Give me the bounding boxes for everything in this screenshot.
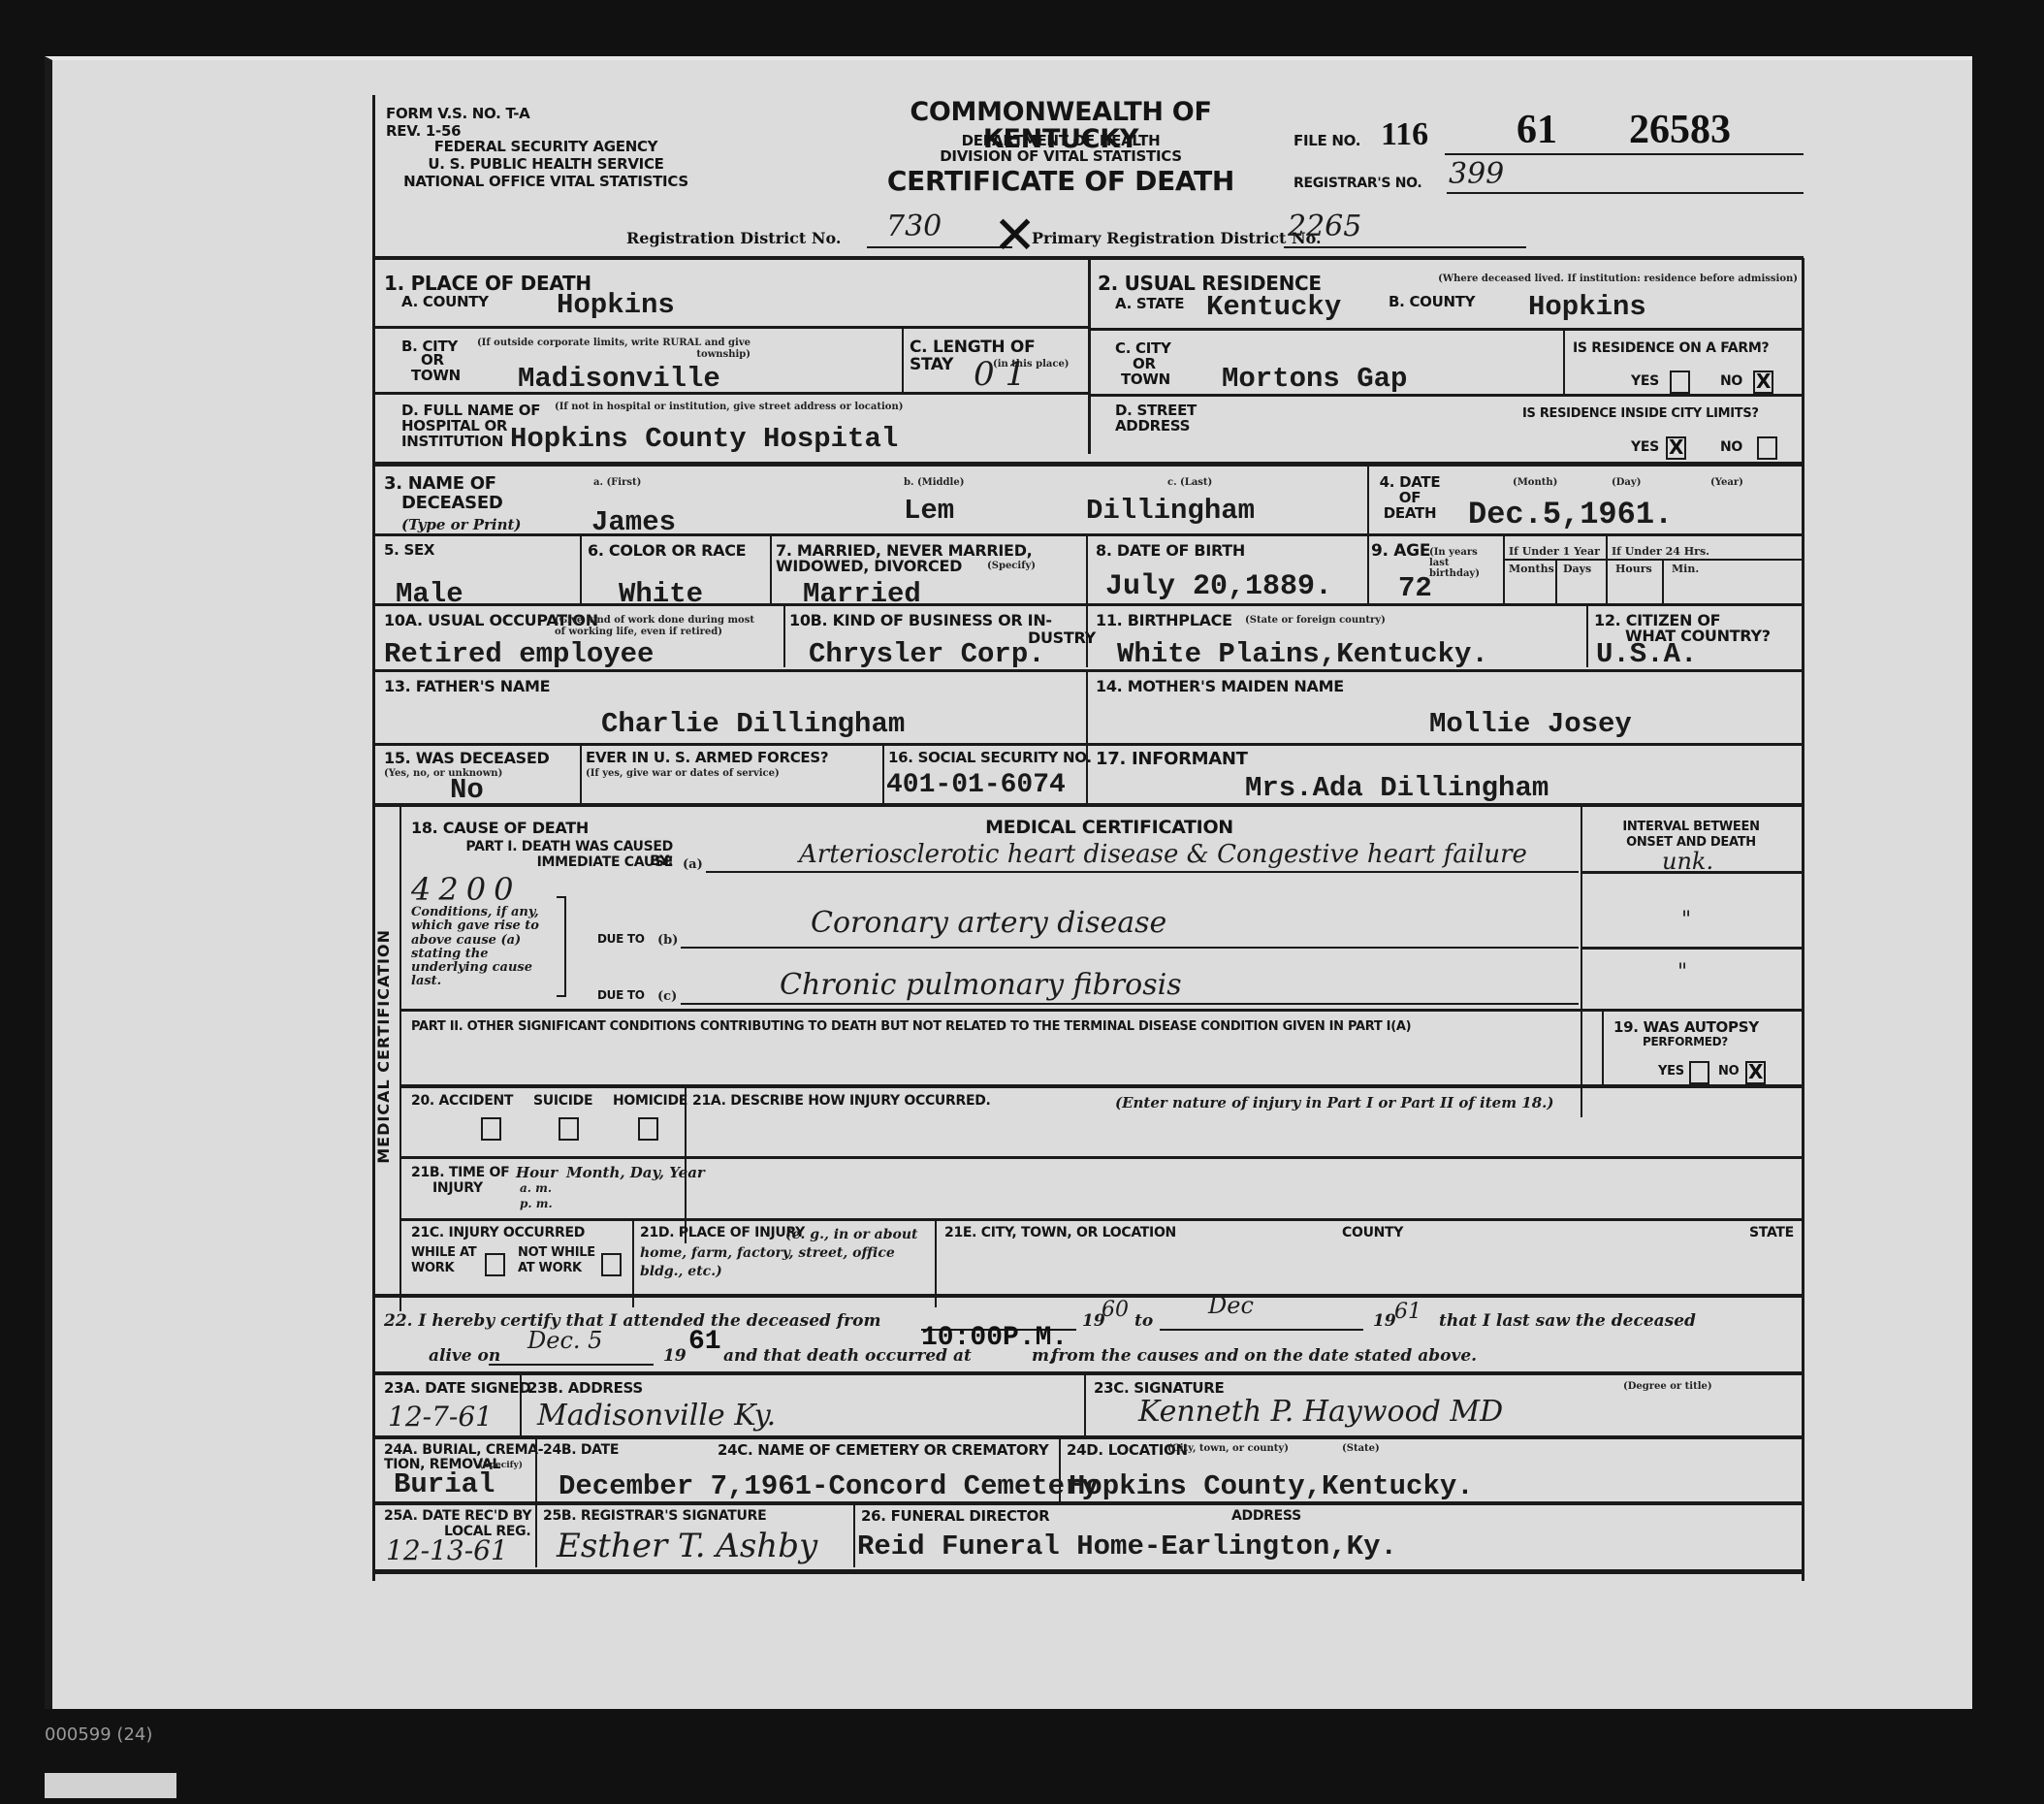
section-divider [372,1501,1804,1505]
cause-a-letter: (a) [683,857,703,872]
medical-certification-title: MEDICAL CERTIFICATION [915,819,1303,838]
row-divider [399,1156,1804,1159]
injury-city-label: 21e. CITY, TOWN, OR LOCATION [944,1226,1176,1240]
occupation-value: Retired employee [384,638,654,670]
col-divider [1084,1375,1086,1435]
autopsy-yes-label: YES [1658,1065,1684,1079]
section-divider [372,462,1804,467]
city-limits-no-checkbox[interactable] [1757,436,1777,460]
cause-a-value: Arteriosclerotic heart disease & Congest… [799,840,1527,869]
address-label: 23b. ADDRESS [527,1381,643,1397]
section-divider [372,1371,1804,1375]
autopsy-no-label: NO [1718,1065,1739,1079]
row-divider [372,326,1088,329]
scan-frame-id: 000599 (24) [45,1724,152,1745]
pod-stay-label-2: STAY [910,357,953,374]
city-limits-question: IS RESIDENCE INSIDE CITY LIMITS? [1522,407,1759,421]
injury-how-label: 21a. DESCRIBE HOW INJURY OCCURRED. [692,1094,991,1109]
registrar-no-underline [1447,192,1804,194]
col-divider [1602,1011,1604,1084]
row-divider [399,1009,1804,1012]
death-certificate-form: FORM V.S. NO. T-A REV. 1-56 FEDERAL SECU… [372,95,1804,1581]
row-divider [372,603,1804,606]
form-border-left [372,95,375,1581]
agency-line-3: NATIONAL OFFICE VITAL STATISTICS [386,175,706,190]
burial-date-label: 24b. DATE [543,1443,619,1458]
res-state-label: a. STATE [1115,297,1184,312]
col-divider [1086,535,1088,603]
reg-district-value: 730 [886,209,942,243]
cert-to-label: to [1134,1311,1153,1331]
veteran-value: No [450,774,484,806]
col-divider [1563,330,1565,394]
document-title: CERTIFICATE OF DEATH [877,167,1245,195]
division-name: DIVISION OF VITAL STATISTICS [877,149,1245,165]
date-signed-value: 12-7-61 [388,1401,493,1433]
injury-state-label: STATE [1749,1226,1794,1240]
name-label-hint: (Type or Print) [401,516,522,533]
col-divider [1606,535,1608,603]
pod-city-value: Madisonville [518,363,720,395]
file-no-prefix: 116 [1381,116,1428,153]
file-no-year: 61 [1517,107,1557,153]
col-divider [1555,559,1557,603]
not-while-at-work-checkbox[interactable] [601,1253,622,1276]
injury-time-label-2: INJURY [432,1181,483,1196]
occupation-hint: (Give kind of work done during most of w… [555,615,758,637]
cert-to-value: Dec [1208,1292,1254,1319]
col-divider [1586,605,1588,667]
col-divider [535,1439,537,1501]
dod-label-death: DEATH [1371,506,1449,522]
cause-b-value: Coronary artery disease [811,906,1166,940]
pod-hospital-label-3: INSTITUTION [401,435,503,450]
autopsy-yes-checkbox[interactable] [1689,1061,1709,1084]
reg-district-underline [867,246,1012,248]
col-divider [1662,559,1664,603]
cemetery-label: 24c. NAME OF CEMETERY OR CREMATORY [718,1443,1048,1459]
birthplace-value: White Plains,Kentucky. [1117,638,1488,670]
cause-c-value: Chronic pulmonary fibrosis [780,968,1182,1002]
homicide-label: HOMICIDE [613,1094,687,1109]
age-label: 9. AGE [1371,543,1430,561]
suicide-label: SUICIDE [533,1094,592,1109]
months-label: Months [1509,563,1554,575]
row-divider [372,669,1804,672]
business-value: Chrysler Corp. [809,638,1045,670]
burial-location-state-hint: (State) [1342,1443,1380,1454]
burial-date-cemetery-value: December 7,1961-Concord Cemetery [559,1470,1099,1502]
city-limits-yes-label: YES [1631,440,1659,455]
veteran-label: 15. WAS DECEASED [384,751,550,767]
father-value: Charlie Dillingham [601,708,905,740]
dod-year-label: (Year) [1710,477,1743,488]
city-limits-no-label: NO [1720,440,1742,455]
suicide-checkbox[interactable] [559,1117,579,1141]
due-to-b-label: DUE TO [597,933,645,946]
armed-forces-hint: (If yes, give war or dates of service) [586,768,780,779]
under-24-hrs-label: If Under 24 Hrs. [1612,545,1709,558]
cert-to-year: 61 [1394,1300,1421,1324]
cause-a-underline [706,871,1579,873]
col-divider [882,745,884,803]
birthplace-hint: (State or foreign country) [1245,615,1386,626]
part2-label: PART II. OTHER SIGNIFICANT CONDITIONS CO… [411,1020,1411,1034]
cause-c-letter: (c) [657,989,677,1004]
col-divider [520,1375,522,1435]
funeral-address-label: ADDRESS [1231,1509,1301,1524]
section-divider [372,803,1804,807]
pod-city-hint: (If outside corporate limits, write RURA… [469,338,751,361]
while-at-work-label: WHILE AT WORK [411,1245,479,1275]
homicide-checkbox[interactable] [638,1117,658,1141]
col-divider [770,535,772,603]
col-divider [1086,605,1088,667]
while-at-work-checkbox[interactable] [485,1253,505,1276]
age-value: 72 [1398,572,1432,604]
row-divider [372,743,1804,746]
x-mark-icon: ✕ [993,209,1037,262]
col-divider [580,535,582,603]
hours-label: Hours [1615,563,1652,575]
row-divider [372,392,1088,395]
agency-line-2: U. S. PUBLIC HEALTH SERVICE [386,157,706,173]
file-no-label: FILE NO. [1293,134,1360,149]
cause-code: 4200 [411,871,521,908]
last-name-label: c. (Last) [1167,477,1212,488]
dod-day-label: (Day) [1612,477,1641,488]
dob-label: 8. DATE OF BIRTH [1096,543,1245,560]
burial-method-value: Burial [394,1468,495,1500]
interval-divider [1581,807,1582,1117]
medical-side-label: MEDICAL CERTIFICATION [376,929,393,1164]
city-limits-yes-checkbox[interactable] [1666,436,1686,460]
col-divider [1367,535,1369,603]
res-city-value: Mortons Gap [1222,363,1407,395]
middle-name-value: Lem [904,495,954,527]
sex-label: 5. SEX [384,543,434,559]
dod-month-label: (Month) [1513,477,1557,488]
registrar-signature: Esther T. Ashby [557,1527,817,1565]
armed-forces-label: EVER IN U. S. ARMED FORCES? [586,751,828,766]
form-border-right [1802,258,1804,1581]
primary-reg-district-value: 2265 [1288,209,1361,243]
injury-county-label: COUNTY [1342,1226,1403,1240]
interval-label: INTERVAL BETWEEN [1584,821,1798,834]
cert-line1-a: 22. I hereby certify that I attended the… [384,1311,880,1331]
col-divider [853,1505,855,1567]
cert-line1-b: that I last saw the deceased [1439,1311,1696,1331]
pod-hospital-hint: (If not in hospital or institution, give… [555,402,1078,413]
farm-no-checkbox[interactable] [1753,370,1773,394]
injury-time-date-hint: Month, Day, Year [566,1164,705,1181]
agency-line-1: FEDERAL SECURITY AGENCY [386,140,706,155]
pod-county-label: a. COUNTY [401,295,489,310]
race-label: 6. COLOR OR RACE [588,543,746,560]
section-divider [372,1435,1804,1439]
res-state-value: Kentucky [1206,291,1341,323]
row-divider [1503,559,1804,561]
not-while-at-work-label: NOT WHILE AT WORK [518,1245,595,1275]
registrar-no-label: REGISTRAR'S NO. [1293,177,1421,191]
farm-no-label: NO [1720,374,1742,389]
accident-label: 20. ACCIDENT [411,1094,513,1109]
conditions-bracket [557,896,566,997]
interval-c-value: " [1677,960,1687,984]
cause-label: 18. CAUSE OF DEATH [411,821,589,837]
cert-to-underline [1160,1329,1363,1331]
scan-label-bar [45,1773,176,1798]
cert-line2-a: alive on [429,1346,500,1366]
immediate-cause-label: IMMEDIATE CAUSE [450,855,673,870]
injury-time-label: 21b. TIME OF [411,1166,509,1180]
row-divider [1581,947,1804,950]
col-divider [1059,1439,1061,1501]
autopsy-label: 19. WAS AUTOPSY [1613,1020,1759,1036]
cert-alive-year-prefix: 19 [663,1346,687,1366]
cert-alive-on: Dec. 5 [527,1327,602,1354]
col-divider [1503,535,1505,603]
col-divider [535,1505,537,1567]
col-divider [1086,671,1088,803]
injury-how-hint: (Enter nature of injury in Part I or Par… [1115,1094,1554,1111]
file-no-number: 26583 [1629,107,1731,153]
mother-label: 14. MOTHER'S MAIDEN NAME [1096,679,1344,695]
res-county-value: Hopkins [1528,291,1646,323]
mother-value: Mollie Josey [1429,708,1632,740]
row-divider [399,1218,1804,1221]
funeral-director-label: 26. FUNERAL DIRECTOR [861,1509,1049,1525]
cert-from-year: 60 [1102,1298,1129,1322]
pod-stay-value: 0 1 [974,355,1026,394]
col-divider [783,605,785,667]
dob-value: July 20,1889. [1105,570,1332,603]
col-divider [1088,260,1091,454]
date-received-label: 25a. DATE REC'D BY [384,1509,531,1524]
veteran-hint: (Yes, no, or unknown) [384,768,502,779]
injury-place-hint: (e. g., in or about home, farm, factory,… [640,1226,927,1281]
age-hint: (In years last birthday) [1429,547,1499,579]
middle-name-label: b. (Middle) [904,477,964,488]
res-county-label: b. COUNTY [1389,295,1475,310]
cert-line2-c: from the causes and on the date stated a… [1051,1346,1477,1366]
marital-label-2: WIDOWED, DIVORCED [776,559,962,575]
pod-county-value: Hopkins [557,289,675,321]
pod-city-label-town: TOWN [411,369,461,384]
name-label-2: DECEASED [401,495,502,513]
first-name-label: a. (First) [593,477,641,488]
autopsy-label-2: PERFORMED? [1643,1036,1728,1048]
cert-to-year-prefix: 19 [1373,1311,1396,1331]
interval-b-value: " [1681,908,1691,932]
form-border-bottom [372,1569,1804,1574]
cause-b-letter: (b) [657,933,678,948]
res-city-label-town: TOWN [1121,372,1170,388]
due-to-c-label: DUE TO [597,989,645,1002]
registrar-signature-label: 25b. REGISTRAR'S SIGNATURE [543,1509,766,1524]
informant-label: 17. INFORMANT [1096,751,1248,769]
primary-reg-district-underline [1284,246,1526,248]
injury-occurred-label: 21c. INJURY OCCURRED [411,1226,585,1240]
injury-time-pm: p. m. [520,1197,553,1210]
row-divider [1090,328,1804,331]
row-divider [399,1084,1804,1088]
ssn-value: 401-01-6074 [886,770,1066,800]
row-divider [1581,871,1804,874]
col-divider [1367,466,1369,533]
farm-yes-checkbox[interactable] [1670,370,1690,394]
cause-b-underline [681,947,1579,949]
pod-hospital-value: Hopkins County Hospital [510,423,898,455]
days-label: Days [1563,563,1591,575]
section-divider [372,1294,1804,1298]
funeral-director-value: Reid Funeral Home-Earlington,Ky. [857,1530,1397,1562]
farm-question: IS RESIDENCE ON A FARM? [1573,341,1769,356]
burial-location-value: Hopkins County,Kentucky. [1069,1470,1474,1502]
name-label: 3. NAME OF [384,475,496,494]
date-signed-label: 23a. DATE SIGNED [384,1381,530,1397]
signature-hint: (Degree or title) [1623,1381,1712,1392]
col-divider [902,328,904,392]
res-street-label-2: ADDRESS [1115,419,1190,435]
injury-time-am: a. m. [520,1181,552,1195]
last-name-value: Dillingham [1086,495,1255,527]
reg-district-label: Registration District No. [626,229,841,247]
informant-value: Mrs.Ada Dillingham [1245,772,1549,804]
conditions-hint: Conditions, if any, which gave rise to a… [411,906,557,989]
form-number: FORM V.S. NO. T-A [386,107,529,122]
injury-time-hour: Hour [516,1164,558,1181]
min-label: Min. [1672,563,1699,575]
father-label: 13. FATHER'S NAME [384,679,550,695]
birthplace-label: 11. BIRTHPLACE [1096,613,1232,629]
physician-signature: Kenneth P. Haywood MD [1138,1395,1503,1429]
registrar-no-value: 399 [1449,157,1504,191]
date-received-value: 12-13-61 [386,1534,508,1566]
address-value: Madisonville Ky. [537,1399,776,1433]
marital-hint: (Specify) [987,561,1036,571]
medical-side-divider [399,807,401,1311]
col-divider [580,745,582,803]
residence-hint: (Where deceased lived. If institution: r… [1400,274,1798,285]
row-divider [1090,394,1804,397]
farm-yes-label: YES [1631,374,1659,389]
cause-c-underline [681,1003,1579,1005]
ssn-label: 16. SOCIAL SECURITY NO. [888,751,1092,766]
under-1-year-label: If Under 1 Year [1509,545,1600,558]
cert-alive-underline [489,1364,654,1366]
cert-alive-year: 61 [688,1327,721,1357]
burial-location-hint: (City, town, or county) [1167,1443,1289,1454]
accident-checkbox[interactable] [481,1117,501,1141]
business-label: 10b. KIND OF BUSINESS OR IN- [789,613,1052,629]
row-divider [372,533,1804,536]
burial-method-label: 24a. BURIAL, CREMA- [384,1443,543,1458]
citizen-value: U.S.A. [1596,638,1697,670]
dod-value: Dec.5,1961. [1468,497,1673,532]
primary-reg-district-label: Primary Registration District No. [1032,229,1322,247]
autopsy-no-checkbox[interactable] [1745,1061,1766,1084]
file-no-underline [1445,153,1804,155]
